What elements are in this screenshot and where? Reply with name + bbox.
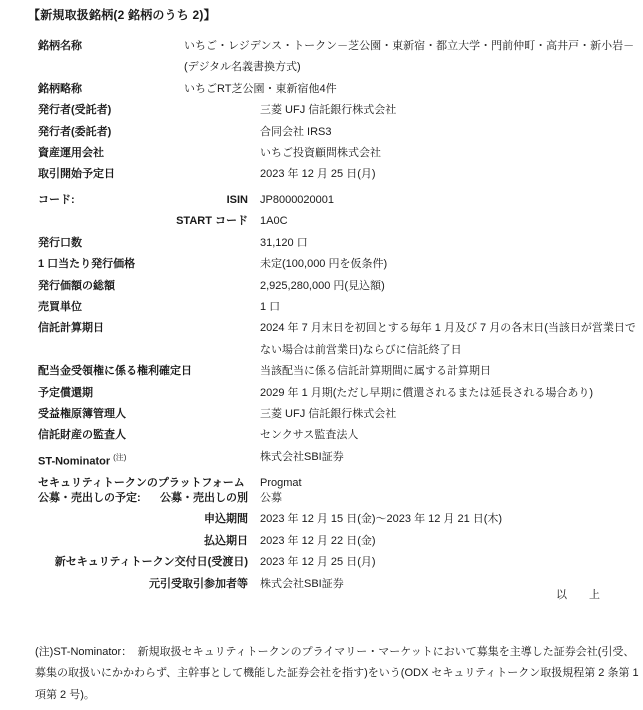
issue-short-name-row: 銘柄略称 いちごRT芝公園・東新宿他4件 <box>38 79 643 100</box>
field-sublabel: 新セキュリティトークン交付日(受渡日) <box>38 552 248 573</box>
field-row: 発行者(受託者) 三菱 UFJ 信託銀行株式会社 <box>38 100 643 121</box>
st-nominator-value: 株式会社SBI証券 <box>260 447 643 473</box>
closing-text: 以 上 <box>556 585 600 606</box>
field-row: 予定償還期 2029 年 1 月期(ただし早期に償還されるまたは延長される場合あ… <box>38 383 643 404</box>
field-value: 三菱 UFJ 信託銀行株式会社 <box>260 404 643 425</box>
field-label: 取引開始予定日 <box>38 164 260 185</box>
field-sublabel: 払込期日 <box>38 531 248 552</box>
field-label: 配当金受領権に係る権利確定日 <box>38 361 260 382</box>
offering-row: 払込期日 2023 年 12 月 22 日(金) <box>38 531 643 552</box>
field-value: 2,925,280,000 円(見込額) <box>260 276 643 297</box>
offering-heading: 公募・売出しの予定: <box>38 488 141 509</box>
overview-section: 銘柄名称 いちご・レジデンス・トークン－芝公園・東新宿・都立大学・門前仲町・高井… <box>38 36 643 186</box>
offering-row: 公募・売出しの予定: 公募・売出しの別 公募 <box>38 488 643 509</box>
issue-name-row: 銘柄名称 いちご・レジデンス・トークン－芝公園・東新宿・都立大学・門前仲町・高井… <box>38 36 643 79</box>
offering-section: 公募・売出しの予定: 公募・売出しの別 公募 申込期間 2023 年 12 月 … <box>38 488 643 595</box>
st-nominator-note-sup: (注) <box>113 453 126 462</box>
field-row: 受益権原簿管理人 三菱 UFJ 信託銀行株式会社 <box>38 404 643 425</box>
field-label: 発行価額の総額 <box>38 276 260 297</box>
field-row: 発行口数 31,120 口 <box>38 233 643 254</box>
document-page: 【新規取扱銘柄(2 銘柄のうち 2)】 銘柄名称 いちご・レジデンス・トークン－… <box>0 0 643 710</box>
field-value: 2023 年 12 月 25 日(月) <box>260 552 643 573</box>
field-value: 2029 年 1 月期(ただし早期に償還されるまたは延長される場合あり) <box>260 383 643 404</box>
field-value: 未定(100,000 円を仮条件) <box>260 254 643 275</box>
field-value: 当該配当に係る信託計算期間に属する計算期日 <box>260 361 643 382</box>
field-row: 発行者(委託者) 合同会社 IRS3 <box>38 122 643 143</box>
field-label: 発行口数 <box>38 233 260 254</box>
isin-label: ISIN <box>110 190 248 211</box>
field-label: 信託計算期日 <box>38 318 260 361</box>
field-value: 1 口 <box>260 297 643 318</box>
field-value: センクサス監査法人 <box>260 425 643 446</box>
issue-name-value: いちご・レジデンス・トークン－芝公園・東新宿・都立大学・門前仲町・高井戸・新小岩… <box>184 36 643 79</box>
st-nominator-label: ST-Nominator(注) <box>38 447 260 473</box>
field-label: 資産運用会社 <box>38 143 260 164</box>
issue-name-label: 銘柄名称 <box>38 36 184 79</box>
field-value: 31,120 口 <box>260 233 643 254</box>
field-label: 1 口当たり発行価格 <box>38 254 260 275</box>
field-row: 配当金受領権に係る権利確定日 当該配当に係る信託計算期間に属する計算期日 <box>38 361 643 382</box>
document-title: 【新規取扱銘柄(2 銘柄のうち 2)】 <box>28 6 216 23</box>
st-nominator-label-text: ST-Nominator <box>38 456 110 468</box>
footnote-text: (注)ST-Nominator： 新規取扱セキュリティトークンのプライマリー・マ… <box>35 642 641 706</box>
offering-row: 申込期間 2023 年 12 月 15 日(金)～2023 年 12 月 21 … <box>38 509 643 530</box>
field-label: 信託財産の監査人 <box>38 425 260 446</box>
field-value: 2024 年 7 月末日を初回とする毎年 1 月及び 7 月の各末日(当該日が営… <box>260 318 643 361</box>
isin-row: コード: ISIN JP8000020001 <box>38 190 643 211</box>
field-label: 発行者(委託者) <box>38 122 260 143</box>
field-row: 資産運用会社 いちご投資顧問株式会社 <box>38 143 643 164</box>
field-value: 合同会社 IRS3 <box>260 122 643 143</box>
field-value: 2023 年 12 月 25 日(月) <box>260 164 643 185</box>
start-code-row: START コード 1A0C <box>38 211 643 232</box>
st-nominator-row: ST-Nominator(注) 株式会社SBI証券 <box>38 447 643 473</box>
issue-name-value-line2: (デジタル名義書換方式) <box>184 57 643 78</box>
field-label: 予定償還期 <box>38 383 260 404</box>
code-section-spacer <box>38 211 110 232</box>
field-row: 1 口当たり発行価格 未定(100,000 円を仮条件) <box>38 254 643 275</box>
field-value: 2023 年 12 月 15 日(金)～2023 年 12 月 21 日(木) <box>260 509 643 530</box>
field-row: 発行価額の総額 2,925,280,000 円(見込額) <box>38 276 643 297</box>
issue-short-name-value: いちごRT芝公園・東新宿他4件 <box>184 79 643 100</box>
field-value: いちご投資顧問株式会社 <box>260 143 643 164</box>
code-section-label: コード: <box>38 190 110 211</box>
offering-row: 新セキュリティトークン交付日(受渡日) 2023 年 12 月 25 日(月) <box>38 552 643 573</box>
field-label: 売買単位 <box>38 297 260 318</box>
field-value: 三菱 UFJ 信託銀行株式会社 <box>260 100 643 121</box>
details-section: コード: ISIN JP8000020001 START コード 1A0C 発行… <box>38 190 643 494</box>
field-sublabel: 申込期間 <box>38 509 248 530</box>
offering-row: 元引受取引参加者等 株式会社SBI証券 <box>38 574 643 595</box>
field-value: 公募 <box>260 488 643 509</box>
start-code-value: 1A0C <box>260 211 643 232</box>
field-row: 信託計算期日 2024 年 7 月末日を初回とする毎年 1 月及び 7 月の各末… <box>38 318 643 361</box>
field-label: 発行者(受託者) <box>38 100 260 121</box>
field-row: 取引開始予定日 2023 年 12 月 25 日(月) <box>38 164 643 185</box>
start-code-label: START コード <box>110 211 248 232</box>
issue-name-value-line1: いちご・レジデンス・トークン－芝公園・東新宿・都立大学・門前仲町・高井戸・新小岩… <box>184 36 643 57</box>
isin-value: JP8000020001 <box>260 190 643 211</box>
field-value: 2023 年 12 月 22 日(金) <box>260 531 643 552</box>
field-row: 売買単位 1 口 <box>38 297 643 318</box>
issue-short-name-label: 銘柄略称 <box>38 79 184 100</box>
field-sublabel: 元引受取引参加者等 <box>38 574 248 595</box>
field-label: 受益権原簿管理人 <box>38 404 260 425</box>
field-row: 信託財産の監査人 センクサス監査法人 <box>38 425 643 446</box>
